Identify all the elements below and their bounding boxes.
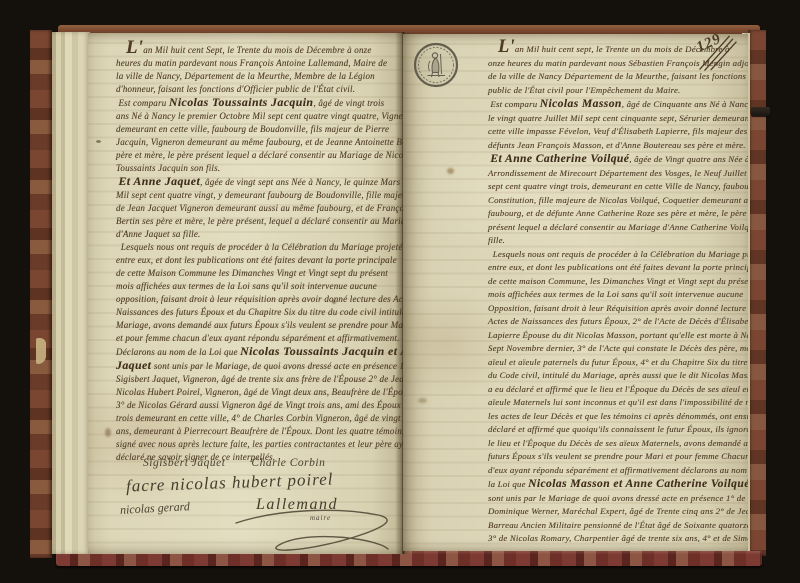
manuscript-line: futurs Époux s'ils veulent se prendre po…	[488, 450, 744, 464]
manuscript-line: d'Anne Jaquet sa fille.	[116, 228, 398, 241]
fore-edge-clasp	[751, 107, 770, 116]
book-leather-edge-left	[30, 30, 52, 558]
manuscript-line: sept cent quatre vingt trois, demeurant …	[488, 180, 744, 194]
manuscript-line: Dominique Werner, Maréchal Expert, âgé d…	[488, 505, 744, 519]
manuscript-line: de cette maison Commune, les Dimanches V…	[488, 275, 744, 289]
manuscript-line: Lesquels nous ont requis de procéder à l…	[488, 248, 744, 262]
manuscript-line: ans Né à Nancy le premier Octobre Mil se…	[116, 110, 398, 123]
manuscript-line: Jacquin, Vigneron demeurant au même faub…	[116, 136, 398, 149]
manuscript-line: Et Anne Catherine Voilqué, âgée de Vingt…	[488, 152, 744, 167]
manuscript-text-right: L'an Mil huit cent sept, le Trente un du…	[488, 40, 744, 547]
manuscript-line: d'eux ayant répondu séparément et affirm…	[488, 464, 744, 478]
manuscript-line: la Loi que Nicolas Masson et Anne Cather…	[488, 477, 744, 492]
manuscript-line: père et mère, le père présent lequel a d…	[116, 149, 398, 162]
signature-row-witnesses: Sigisbert JaquetCharle Corbin	[143, 457, 325, 469]
manuscript-line: fille.	[488, 234, 744, 248]
manuscript-line: Bertin ses père et mère, le père présent…	[116, 215, 398, 228]
manuscript-line: Et Anne Jaquet, âgée de vingt sept ans N…	[116, 175, 398, 189]
manuscript-line: entre eux, et dont les publications ont …	[116, 254, 398, 267]
manuscript-line: déclaré et affirmé que quoiqu'ils connai…	[488, 423, 744, 437]
manuscript-line: du Code civil, intitulé du Mariage, aprè…	[488, 369, 744, 383]
signature-flourish-icon	[228, 505, 398, 554]
manuscript-line: a eu déclaré et affirmé que le lieu et l…	[488, 383, 744, 397]
manuscript-line: mois affichées aux termes de la Loi sans…	[488, 288, 744, 302]
manuscript-line: onze heures du matin pardevant nous Séba…	[488, 57, 744, 71]
manuscript-line: aïeule Maternels lui sont inconnus et qu…	[488, 396, 744, 410]
manuscript-line: opposition, faisant droit à leur réquisi…	[116, 293, 398, 306]
manuscript-line: Lesquels nous ont requis de procéder à l…	[116, 241, 398, 254]
manuscript-line: de la ville de Nancy Département de la M…	[488, 70, 744, 84]
manuscript-line: Barreau Ancien Militaire pensionné de l'…	[488, 519, 744, 533]
manuscript-line: demeurant en cette ville, faubourg de Bo…	[116, 123, 398, 136]
manuscript-line: Déclarons au nom de la Loi que Nicolas T…	[116, 345, 398, 359]
manuscript-line: Actes de Naissances des futurs Époux, 2°…	[488, 315, 744, 329]
manuscript-line: entre eux, et dont les publications ont …	[488, 261, 744, 275]
signature-nicolas-gerard: nicolas gerard	[120, 499, 191, 518]
manuscript-line: L'an Mil huit cent Sept, le Trente du mo…	[116, 41, 398, 57]
manuscript-line: présent lequel a déclaré consentir au Ma…	[488, 221, 744, 235]
manuscript-line: Sigisbert Jaquet, Vigneron, âgé de trent…	[116, 373, 398, 386]
manuscript-line: Lapierre Épouse du dit Nicolas Masson, p…	[488, 329, 744, 343]
signature-hubert-poirel: facre nicolas hubert poirel	[126, 469, 334, 496]
manuscript-line: signé avec nous après lecture faite, les…	[116, 438, 398, 451]
manuscript-line: sont unis par le Mariage de quoi avons d…	[488, 492, 744, 506]
manuscript-line: le vingt quatre Juillet Mil sept cent ci…	[488, 112, 744, 126]
manuscript-line: cette ville impasse Févelon, Veuf d'Élis…	[488, 125, 744, 139]
manuscript-line: trois demeurant en cette ville, 4° de Ch…	[116, 412, 398, 425]
manuscript-line: mois affichées aux termes de la Loi sans…	[116, 280, 398, 293]
manuscript-text-left: L'an Mil huit cent Sept, le Trente du mo…	[116, 41, 398, 458]
register-page-right: 129 L'an Mil huit cent sept, le Trente u…	[403, 34, 748, 551]
manuscript-line: faubourg, et de défunte Anne Catherine R…	[488, 207, 744, 221]
manuscript-line: Naissances des futurs Époux et du Chapit…	[116, 306, 398, 319]
manuscript-line: Est comparu Nicolas Toussaints Jacquin, …	[116, 96, 398, 110]
manuscript-line: public de l'État civil pour l'Empêchemen…	[488, 84, 744, 98]
manuscript-line: Opposition, faisant droit à leur Réquisi…	[488, 302, 744, 316]
manuscript-line: 3° de Nicolas Romary, Charpentier âgé de…	[488, 532, 744, 546]
manuscript-line: heures du matin pardevant nous François …	[116, 57, 398, 70]
scanned-register-photo: L'an Mil huit cent Sept, le Trente du mo…	[0, 0, 800, 583]
manuscript-line: Nicolas Hubert Poirel, Vigneron, âgé de …	[116, 386, 398, 399]
manuscript-line: aïeul et aïeule paternels du futur Époux…	[488, 356, 744, 370]
manuscript-line: défunts Jean François Masson, et d'Anne …	[488, 139, 744, 153]
signature-charle-corbin: Charle Corbin	[251, 457, 325, 469]
manuscript-line: Mil sept cent quatre vingt, y demeurant …	[116, 189, 398, 202]
manuscript-line: Arrondissement de Mirecourt Département …	[488, 167, 744, 181]
manuscript-line: de Jean Jacquet Vigneron demeurant aussi…	[116, 202, 398, 215]
leather-wear-chip	[36, 338, 46, 364]
manuscript-line: Mariage, avons demandé aux futurs Époux …	[116, 319, 398, 332]
manuscript-line: 3° de Nicolas Gérard aussi Vigneron âgé …	[116, 399, 398, 412]
register-page-left: L'an Mil huit cent Sept, le Trente du mo…	[88, 33, 403, 554]
manuscript-line: les actes de leur Décès et que les témoi…	[488, 410, 744, 424]
manuscript-line: de cette Maison Commune les Dimanches Vi…	[116, 267, 398, 280]
page-stack-edges-left	[52, 32, 90, 554]
manuscript-line: Est comparu Nicolas Masson, âgé de Cinqu…	[488, 97, 744, 112]
manuscript-line: Constitution, fille majeure de Nicolas V…	[488, 194, 744, 208]
manuscript-line: L'an Mil huit cent sept, le Trente un du…	[488, 40, 744, 57]
manuscript-line: ans, demeurant à Pierrecourt Beaufrère d…	[116, 425, 398, 438]
manuscript-line: la ville de Nancy, Département de la Meu…	[116, 70, 398, 83]
imperial-stamp-seal-icon	[412, 41, 460, 89]
manuscript-line: le lieu et l'Époque du Décès de ses aïeu…	[488, 437, 744, 451]
manuscript-line: Jaquet sont unis par le Mariage, de quoi…	[116, 359, 398, 373]
manuscript-line: Sept Novembre dernier, 3° de l'Acte qui …	[488, 342, 744, 356]
signature-sigisbert-jaquet: Sigisbert Jaquet	[143, 457, 225, 469]
